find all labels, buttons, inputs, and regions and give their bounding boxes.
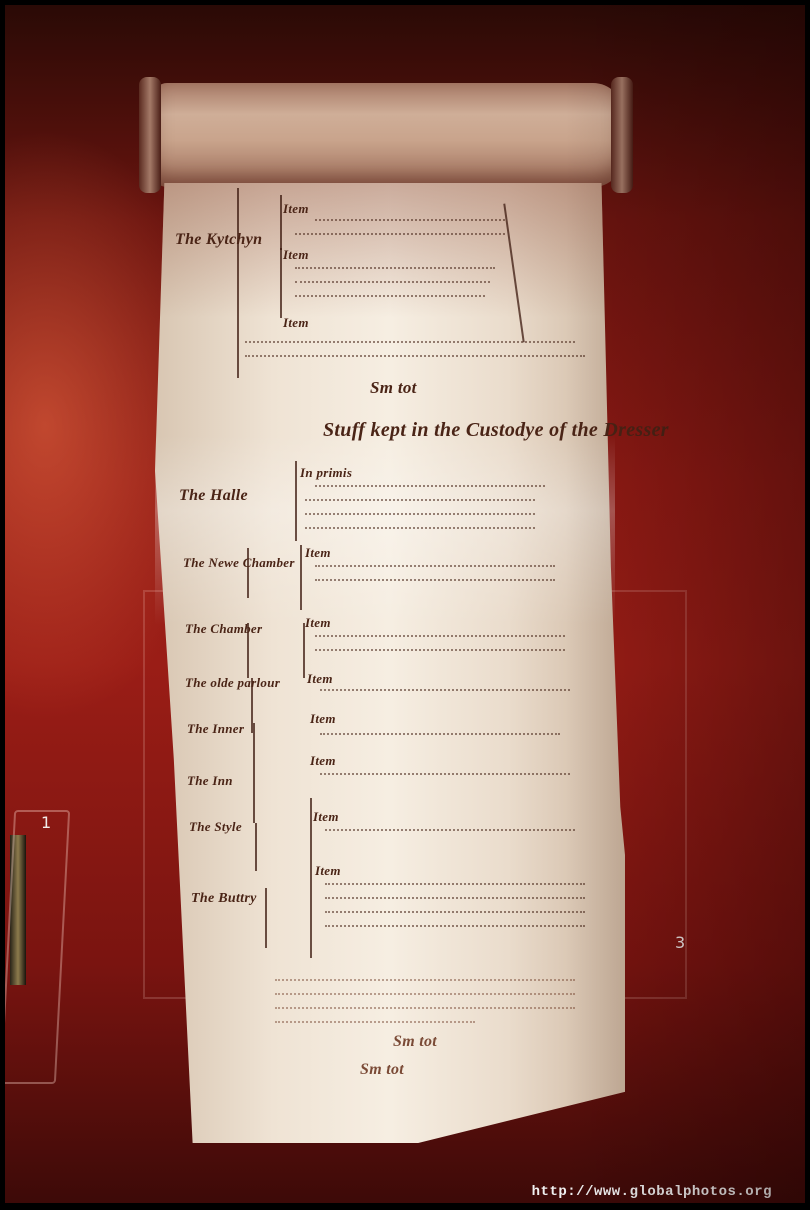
roller-cap-right	[611, 77, 633, 193]
handwriting-line	[245, 335, 575, 343]
bracket	[310, 798, 312, 958]
handwriting-line	[295, 227, 505, 235]
summary-total: Sm tot	[393, 1033, 437, 1051]
bracket	[300, 545, 302, 610]
bracket	[295, 461, 297, 541]
handwriting-line	[325, 919, 585, 927]
handwriting-line	[295, 289, 485, 297]
handwriting-line	[295, 261, 495, 269]
handwriting-line	[305, 521, 535, 529]
museum-display-photo: 1 3 The Kytchyn Stuff	[5, 5, 805, 1203]
bracket	[253, 773, 255, 823]
section-label-style: The Style	[189, 819, 242, 835]
bracket	[255, 823, 257, 871]
bracket	[503, 204, 524, 343]
scroll-roller	[153, 83, 623, 187]
handwriting-line	[325, 891, 585, 899]
roller-cap-left	[139, 77, 161, 193]
display-marker-1: 1	[41, 813, 51, 832]
handwriting-line	[325, 905, 585, 913]
handwriting-line	[315, 213, 505, 221]
handwriting-line	[320, 767, 570, 775]
entry-in-primis: In primis	[300, 465, 352, 481]
section-label-kytchyn: The Kytchyn	[175, 231, 262, 249]
handwriting-line	[245, 349, 585, 357]
acrylic-stand-left	[5, 810, 70, 1084]
section-label-buttry: The Buttry	[191, 891, 257, 907]
entry-item: Item	[307, 671, 333, 687]
bracket	[247, 548, 249, 598]
entry-item: Item	[310, 753, 336, 769]
handwriting-line	[315, 479, 545, 487]
bracket	[280, 248, 282, 318]
handwriting-line	[305, 507, 535, 515]
bracket	[303, 623, 305, 678]
handwriting-line	[275, 1015, 475, 1023]
bracket	[280, 195, 282, 250]
glass-glare	[155, 435, 615, 625]
entry-item: Item	[313, 809, 339, 825]
bracket	[253, 723, 255, 773]
scroll-writing: The Kytchyn Stuff kept in the Custodye o…	[155, 183, 775, 1163]
entry-item: Item	[283, 315, 309, 331]
entry-item: Item	[305, 615, 331, 631]
handwriting-line	[315, 629, 565, 637]
summary-total: Sm tot	[370, 378, 417, 398]
parchment-scroll	[155, 183, 625, 1143]
display-marker-3: 3	[675, 933, 685, 952]
section-label-inner: The Inner	[187, 721, 244, 737]
scroll-heading: Stuff kept in the Custodye of the Dresse…	[323, 419, 669, 442]
handwriting-line	[275, 987, 575, 995]
acrylic-stand-main	[143, 590, 687, 999]
handwriting-line	[275, 1001, 575, 1009]
bracket	[265, 888, 267, 948]
entry-item: Item	[283, 247, 309, 263]
adjacent-book	[10, 835, 26, 985]
handwriting-line	[305, 493, 535, 501]
watermark-url: http://www.globalphotos.org	[532, 1184, 772, 1200]
bracket	[251, 678, 253, 733]
handwriting-line	[315, 559, 555, 567]
handwriting-line	[325, 823, 575, 831]
handwriting-line	[320, 727, 560, 735]
bracket	[247, 623, 249, 678]
entry-item: Item	[310, 711, 336, 727]
entry-item: Item	[315, 863, 341, 879]
section-label-inn: The Inn	[187, 773, 233, 789]
section-label-halle: The Halle	[179, 487, 248, 505]
section-label-newe-chamber: The Newe Chamber	[183, 555, 295, 571]
handwriting-line	[295, 275, 490, 283]
entry-item: Item	[305, 545, 331, 561]
entry-item: Item	[283, 201, 309, 217]
handwriting-line	[275, 973, 575, 981]
section-label-chamber: The Chamber	[185, 621, 262, 637]
handwriting-line	[315, 643, 565, 651]
photo-frame: 1 3 The Kytchyn Stuff	[0, 0, 810, 1210]
summary-total: Sm tot	[360, 1061, 404, 1079]
handwriting-line	[315, 573, 555, 581]
bracket	[237, 188, 239, 378]
handwriting-line	[325, 877, 585, 885]
section-label-olde-parlour: The olde parlour	[185, 675, 280, 691]
handwriting-line	[320, 683, 570, 691]
